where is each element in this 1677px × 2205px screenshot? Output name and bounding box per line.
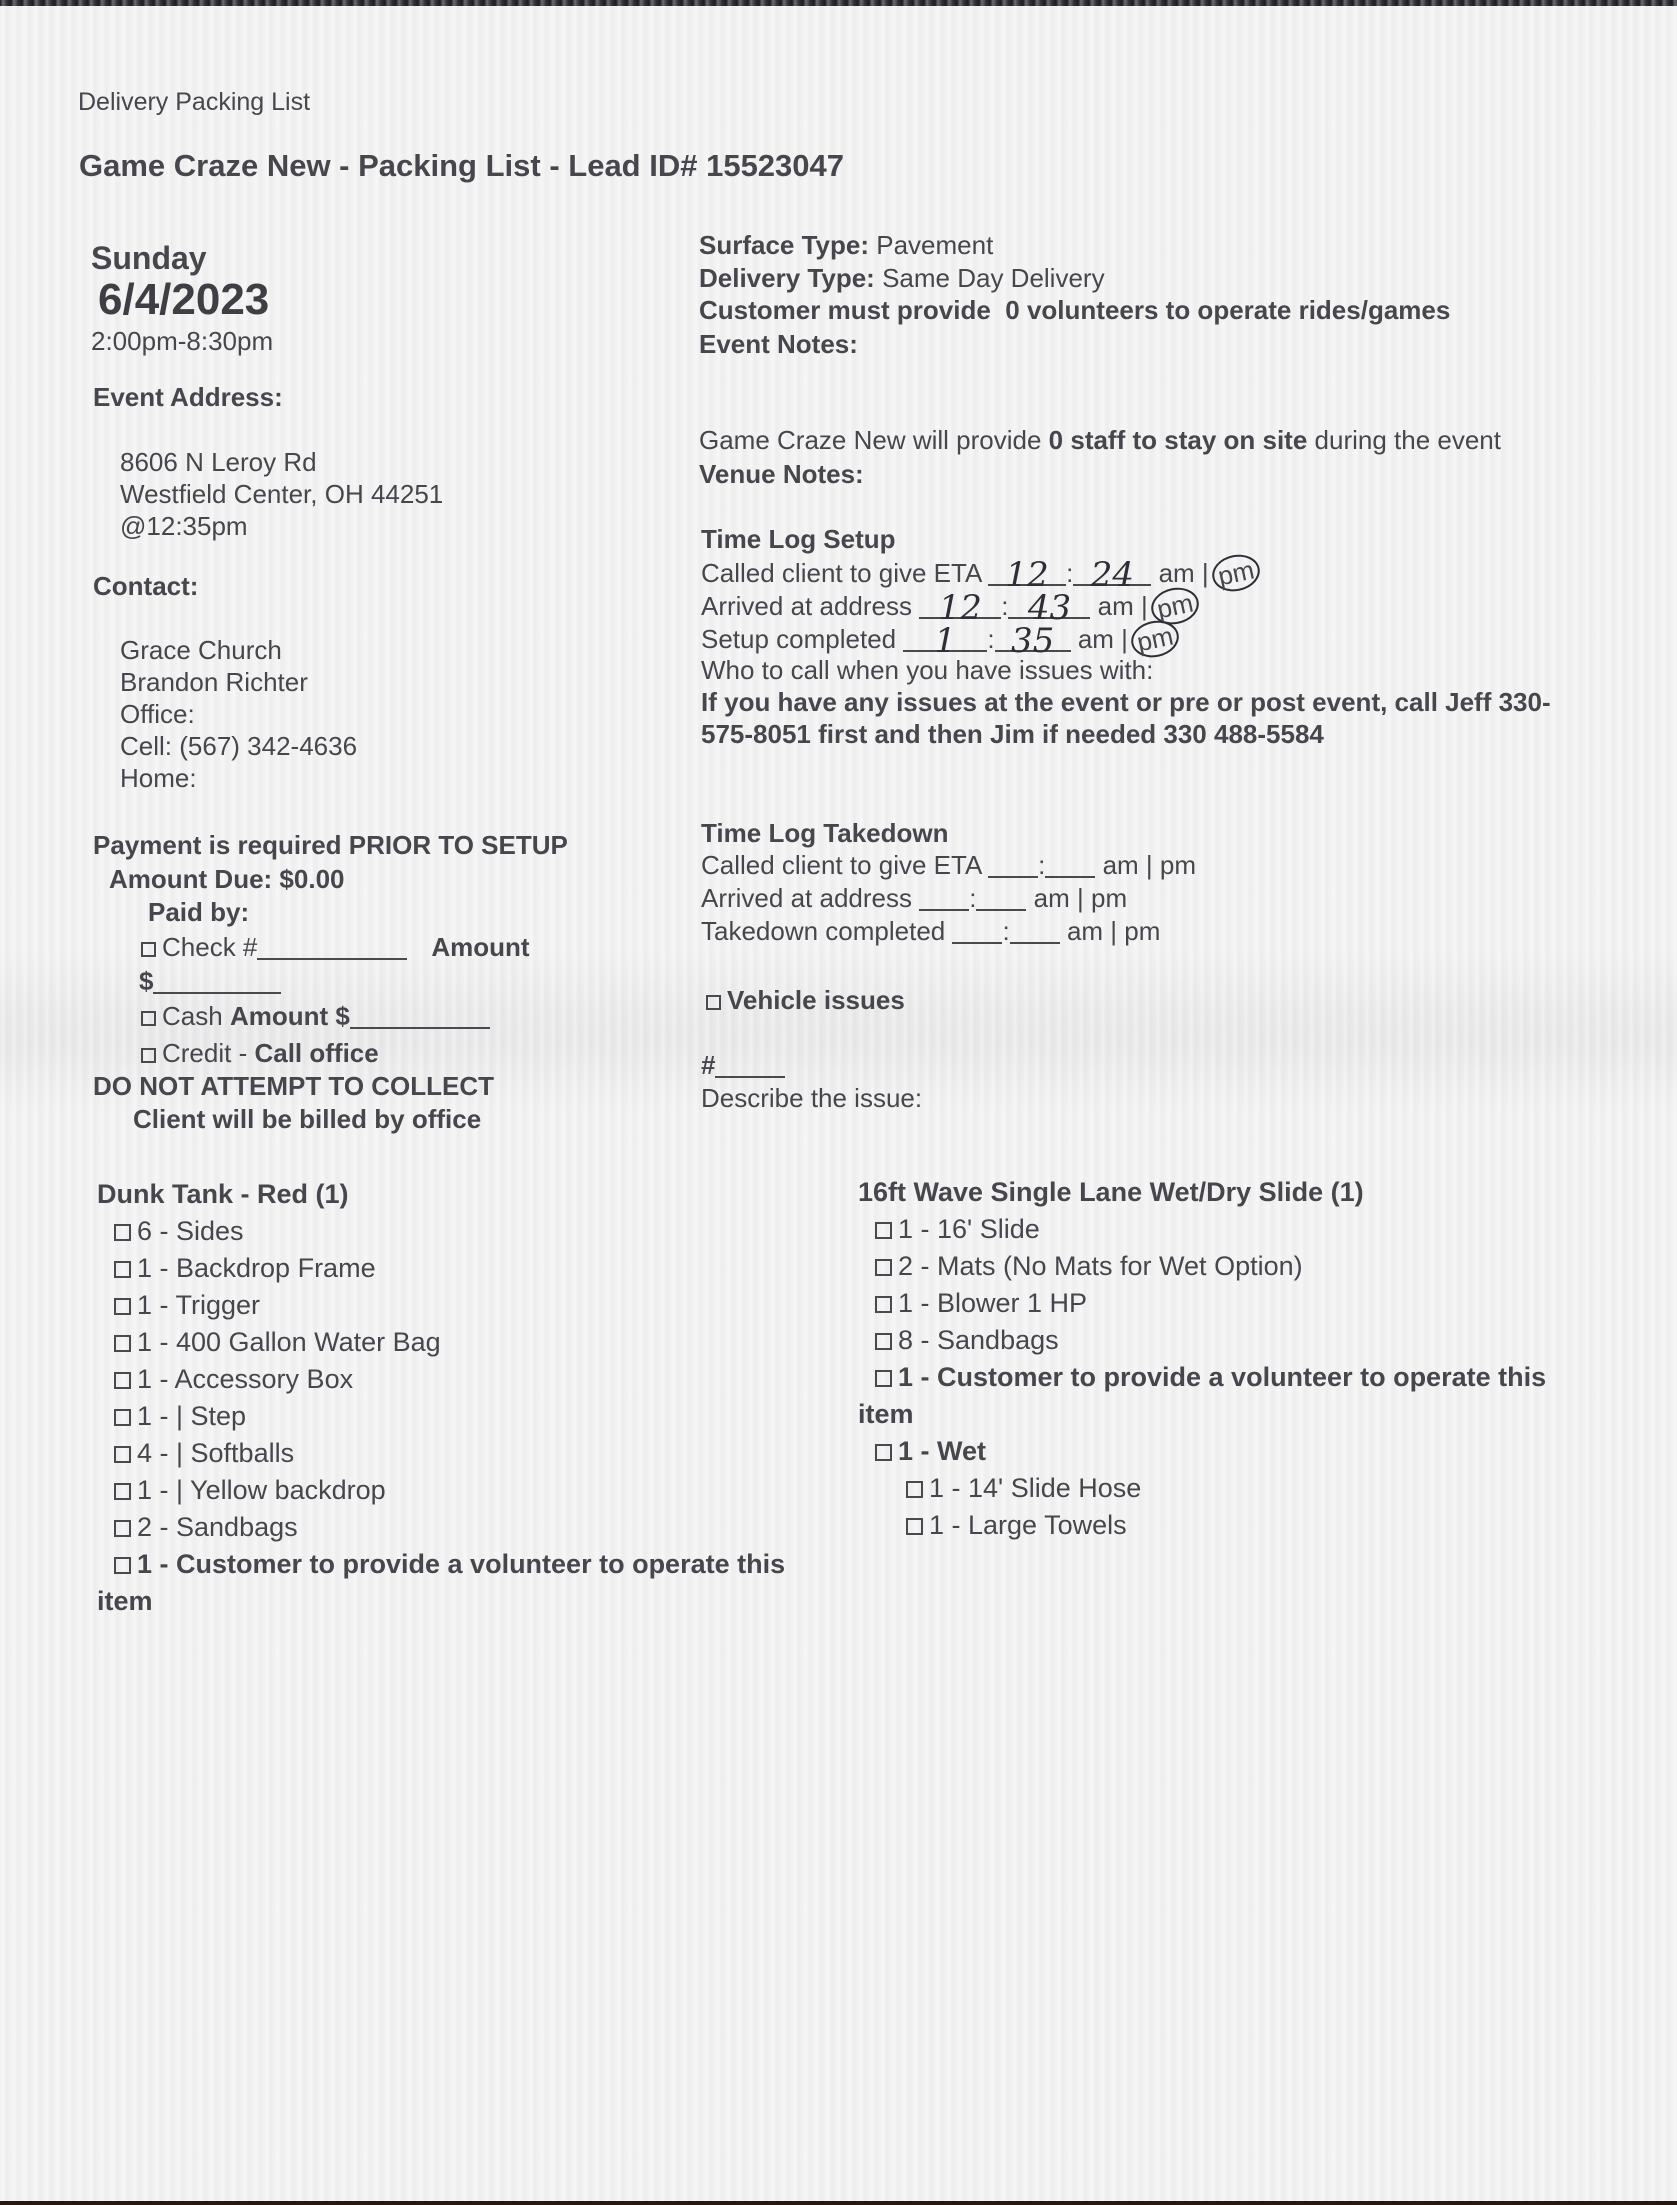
checklist-item: 1 - Blower 1 HP: [858, 1285, 1546, 1322]
contact-line: Office:: [120, 698, 357, 730]
setup-hour-field[interactable]: 12: [919, 595, 1001, 619]
scan-edge-bottom: [0, 2201, 1677, 2205]
setup-time-row: Setup completed 1:35 am | pm: [701, 621, 1260, 654]
takedown-minute-field[interactable]: [1010, 920, 1060, 944]
item-checkbox[interactable]: [875, 1259, 892, 1276]
time-log-setup-heading: Time Log Setup: [701, 523, 896, 555]
item-checkbox[interactable]: [114, 1409, 131, 1426]
setup-minute-field[interactable]: 35: [995, 628, 1071, 652]
staff-on-site: Game Craze New will provide 0 staff to s…: [699, 424, 1501, 456]
am-pm-options[interactable]: am | pm: [1026, 883, 1127, 913]
item-label: 1 - Trigger: [137, 1290, 260, 1320]
time-log-takedown-heading: Time Log Takedown: [701, 817, 949, 849]
collect-warning: DO NOT ATTEMPT TO COLLECT: [93, 1070, 494, 1102]
item-label: 1 - | Step: [137, 1401, 246, 1431]
item-label: 1 - Wet: [898, 1436, 986, 1466]
item-checkbox[interactable]: [114, 1335, 131, 1352]
am-option[interactable]: am |: [1090, 591, 1155, 621]
item-label: 1 - Customer to provide a volunteer to o…: [898, 1362, 1546, 1392]
item-checkbox[interactable]: [114, 1557, 131, 1574]
checklist-item: 8 - Sandbags: [858, 1322, 1546, 1359]
address-line: @12:35pm: [120, 510, 443, 542]
item-label: 1 - 400 Gallon Water Bag: [137, 1327, 441, 1357]
cash-checkbox[interactable]: [141, 1011, 156, 1026]
event-address-label: Event Address:: [93, 381, 283, 413]
item-label: 1 - | Yellow backdrop: [137, 1475, 386, 1505]
item-label: 1 - Large Towels: [929, 1510, 1127, 1540]
checklist-item: 2 - Sandbags: [97, 1509, 785, 1546]
time-colon: :: [987, 624, 994, 654]
item-checkbox[interactable]: [875, 1296, 892, 1313]
time-colon: :: [1001, 591, 1008, 621]
takedown-time-label: Called client to give ETA: [701, 850, 988, 880]
payment-check-row: Check #Amount: [141, 931, 530, 963]
cash-amount-field[interactable]: [350, 1005, 490, 1029]
time-log-setup-rows: Called client to give ETA 12:24 am | pmA…: [701, 555, 1260, 654]
item-label: 2 - Mats (No Mats for Wet Option): [898, 1251, 1303, 1281]
item-label-wrap: item: [97, 1583, 785, 1620]
takedown-time-label: Takedown completed: [701, 916, 952, 946]
surface-type-value: Pavement: [876, 230, 993, 260]
paid-by-label: Paid by:: [148, 896, 249, 928]
staff-text-pre: Game Craze New will provide: [699, 425, 1049, 455]
vehicle-issues-row: Vehicle issues: [706, 984, 905, 1016]
event-time-range: 2:00pm-8:30pm: [91, 325, 273, 357]
item-group-wave-slide: 16ft Wave Single Lane Wet/Dry Slide (1)1…: [858, 1174, 1546, 1544]
vehicle-number-row: #: [701, 1049, 785, 1081]
payment-cash-row: Cash Amount $: [141, 1000, 490, 1032]
address-line: 8606 N Leroy Rd: [120, 446, 443, 478]
setup-time-row: Called client to give ETA 12:24 am | pm: [701, 555, 1260, 588]
item-group-title: Dunk Tank - Red (1): [97, 1176, 785, 1213]
contact-line: Cell: (567) 342-4636: [120, 730, 357, 762]
takedown-minute-field[interactable]: [1045, 854, 1095, 878]
item-label: 1 - Customer to provide a volunteer to o…: [137, 1549, 785, 1579]
takedown-time-row: Takedown completed : am | pm: [701, 915, 1196, 948]
item-label: 8 - Sandbags: [898, 1325, 1059, 1355]
event-notes-label: Event Notes:: [699, 328, 858, 360]
contact-details: Grace ChurchBrandon RichterOffice:Cell: …: [120, 634, 357, 794]
item-label-wrap: item: [858, 1396, 1546, 1433]
item-group-title: 16ft Wave Single Lane Wet/Dry Slide (1): [858, 1174, 1546, 1211]
surface-type-label: Surface Type:: [699, 230, 869, 260]
takedown-time-row: Called client to give ETA : am | pm: [701, 849, 1196, 882]
item-label: 6 - Sides: [137, 1216, 244, 1246]
setup-time-label: Arrived at address: [701, 591, 919, 621]
item-checkbox[interactable]: [906, 1481, 923, 1498]
setup-hour-field[interactable]: 1: [903, 628, 987, 652]
item-checkbox[interactable]: [875, 1333, 892, 1350]
takedown-minute-field[interactable]: [976, 887, 1026, 911]
issues-contact-line1: If you have any issues at the event or p…: [701, 686, 1551, 718]
scan-edge-top: [0, 0, 1677, 6]
payment-heading: Payment is required PRIOR TO SETUP: [93, 829, 568, 861]
vehicle-issues-label: Vehicle issues: [727, 985, 905, 1015]
checklist-item: 1 - 14' Slide Hose: [858, 1470, 1546, 1507]
item-checkbox[interactable]: [114, 1261, 131, 1278]
first-emphasis: first: [818, 719, 867, 749]
amount-due: Amount Due: $0.00: [109, 863, 345, 895]
time-log-takedown-rows: Called client to give ETA : am | pmArriv…: [701, 849, 1196, 948]
time-colon: :: [969, 883, 976, 913]
checklist-item: 1 - Customer to provide a volunteer to o…: [97, 1546, 785, 1583]
item-checkbox[interactable]: [114, 1298, 131, 1315]
am-option[interactable]: am |: [1151, 558, 1216, 588]
jim-phone: and then Jim if needed 330 488-5584: [867, 719, 1324, 749]
billing-note: Client will be billed by office: [133, 1103, 481, 1135]
credit-call-office: Call office: [254, 1038, 378, 1068]
item-label: 2 - Sandbags: [137, 1512, 298, 1542]
checklist-item: 1 - Backdrop Frame: [97, 1250, 785, 1287]
contact-line: Brandon Richter: [120, 666, 357, 698]
item-label: 4 - | Softballs: [137, 1438, 294, 1468]
item-label: 1 - Blower 1 HP: [898, 1288, 1087, 1318]
contact-label: Contact:: [93, 570, 198, 602]
credit-checkbox[interactable]: [141, 1048, 156, 1063]
takedown-hour-field[interactable]: [952, 920, 1002, 944]
delivery-type: Delivery Type: Same Day Delivery: [699, 262, 1105, 294]
payment-credit-row: Credit - Call office: [141, 1037, 379, 1069]
dollar-sign: $: [139, 966, 153, 996]
check-number-field[interactable]: [257, 936, 407, 960]
credit-label: Credit -: [162, 1038, 254, 1068]
doc-label: Delivery Packing List: [78, 86, 310, 118]
am-option[interactable]: am |: [1071, 624, 1136, 654]
venue-notes-label: Venue Notes:: [699, 458, 864, 490]
setup-minute-field[interactable]: 24: [1073, 562, 1151, 586]
event-address: 8606 N Leroy RdWestfield Center, OH 4425…: [120, 446, 443, 542]
surface-type: Surface Type: Pavement: [699, 229, 993, 261]
contact-line: Home:: [120, 762, 357, 794]
checklist-item: 1 - 16' Slide: [858, 1211, 1546, 1248]
time-colon: :: [1002, 916, 1009, 946]
staff-count: 0 staff to stay on site: [1049, 425, 1308, 455]
item-group-dunk-tank: Dunk Tank - Red (1)6 - Sides1 - Backdrop…: [97, 1176, 785, 1620]
checklist-item: 1 - Customer to provide a volunteer to o…: [858, 1359, 1546, 1396]
describe-issue-label: Describe the issue:: [701, 1082, 922, 1114]
checklist-item: 1 - Large Towels: [858, 1507, 1546, 1544]
cash-amount-label: Amount $: [230, 1001, 350, 1031]
item-checkbox[interactable]: [114, 1372, 131, 1389]
setup-time-label: Setup completed: [701, 624, 903, 654]
check-checkbox[interactable]: [141, 942, 156, 957]
item-checkbox[interactable]: [875, 1444, 892, 1461]
item-checkbox[interactable]: [114, 1520, 131, 1537]
item-label: 1 - 16' Slide: [898, 1214, 1040, 1244]
vehicle-number-label: #: [701, 1050, 715, 1080]
contact-line: Grace Church: [120, 634, 357, 666]
check-label: Check #: [162, 932, 257, 962]
checklist-item: 4 - | Softballs: [97, 1435, 785, 1472]
time-colon: :: [1038, 850, 1045, 880]
check-amount-row: $: [139, 965, 281, 997]
check-amount-field[interactable]: [153, 970, 281, 994]
takedown-hour-field[interactable]: [919, 887, 969, 911]
event-date: 6/4/2023: [98, 275, 269, 325]
item-label: 1 - Accessory Box: [137, 1364, 353, 1394]
setup-time-row: Arrived at address 12:43 am | pm: [701, 588, 1260, 621]
takedown-time-row: Arrived at address : am | pm: [701, 882, 1196, 915]
checklist-item: 1 - | Step: [97, 1398, 785, 1435]
issues-contact-line2: 575-8051 first and then Jim if needed 33…: [701, 718, 1324, 750]
item-checkbox[interactable]: [114, 1483, 131, 1500]
checklist-item: 1 - Accessory Box: [97, 1361, 785, 1398]
time-colon: :: [1066, 558, 1073, 588]
checklist-item: 6 - Sides: [97, 1213, 785, 1250]
item-label: 1 - Backdrop Frame: [137, 1253, 376, 1283]
checklist-item: 1 - Trigger: [97, 1287, 785, 1324]
checklist-item: 1 - | Yellow backdrop: [97, 1472, 785, 1509]
item-label: 1 - 14' Slide Hose: [929, 1473, 1141, 1503]
am-pm-options[interactable]: am | pm: [1095, 850, 1196, 880]
setup-hour-field[interactable]: 12: [988, 562, 1066, 586]
item-checkbox[interactable]: [114, 1446, 131, 1463]
checklist-item: 1 - 400 Gallon Water Bag: [97, 1324, 785, 1361]
jeff-phone-end: 575-8051: [701, 719, 818, 749]
setup-time-label: Called client to give ETA: [701, 558, 988, 588]
event-day: Sunday: [91, 240, 207, 277]
item-checkbox[interactable]: [875, 1222, 892, 1239]
delivery-type-value: Same Day Delivery: [882, 263, 1105, 293]
check-amount-label: Amount: [431, 932, 529, 962]
page-title: Game Craze New - Packing List - Lead ID#…: [79, 148, 844, 184]
cash-label: Cash: [162, 1001, 223, 1031]
checklist-item: 1 - Wet: [858, 1433, 1546, 1470]
setup-minute-field[interactable]: 43: [1008, 595, 1090, 619]
staff-text-post: during the event: [1307, 425, 1501, 455]
vehicle-issues-checkbox[interactable]: [706, 995, 721, 1010]
who-to-call: Who to call when you have issues with:: [701, 654, 1153, 686]
volunteers-required: Customer must provide 0 volunteers to op…: [699, 294, 1450, 326]
item-checkbox[interactable]: [875, 1370, 892, 1387]
address-line: Westfield Center, OH 44251: [120, 478, 443, 510]
vehicle-number-field[interactable]: [715, 1054, 785, 1078]
checklist-item: 2 - Mats (No Mats for Wet Option): [858, 1248, 1546, 1285]
item-checkbox[interactable]: [114, 1224, 131, 1241]
delivery-type-label: Delivery Type:: [699, 263, 875, 293]
takedown-time-label: Arrived at address: [701, 883, 919, 913]
item-checkbox[interactable]: [906, 1518, 923, 1535]
takedown-hour-field[interactable]: [988, 854, 1038, 878]
am-pm-options[interactable]: am | pm: [1060, 916, 1161, 946]
